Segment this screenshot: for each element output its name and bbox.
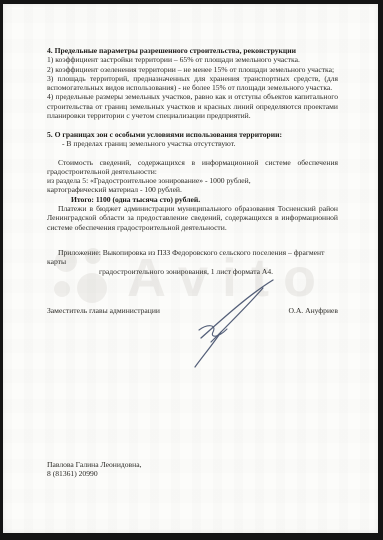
section4-item1: 1) коэффициент застройки территории – 65… bbox=[47, 55, 338, 64]
attachment-line1: Приложение: Выкопировка из ПЗЗ Федоровск… bbox=[47, 248, 338, 267]
section5-item1: - В пределах границ земельного участка о… bbox=[47, 139, 338, 148]
contact-phone: 8 (81361) 20990 bbox=[47, 469, 141, 478]
contact-footer: Павлова Галина Леонидовна, 8 (81361) 209… bbox=[47, 460, 141, 479]
section4-heading: 4. Предельные параметры разрешенного стр… bbox=[47, 46, 338, 55]
handwritten-signature bbox=[191, 274, 283, 368]
section5-heading: 5. О границах зон с особыми условиями ис… bbox=[47, 130, 338, 139]
section4-item3: 3) площадь территорий, предназначенных д… bbox=[47, 74, 338, 93]
cost-intro: Стоимость сведений, содержащихся в инфор… bbox=[47, 158, 338, 177]
signoff-position: Заместитель главы администрации bbox=[47, 306, 160, 315]
section4-item2: 2) коэффициент озеленения территории – н… bbox=[47, 65, 338, 74]
cost-total: Итого: 1100 (одна тысяча сто) рублей. bbox=[47, 195, 338, 204]
payments-paragraph: Платежи в бюджет администрации муниципал… bbox=[47, 204, 338, 232]
cost-line1: из раздела 5: «Градостроительное зониров… bbox=[47, 176, 338, 185]
document-page: Avito 4. Предельные параметры разрешенно… bbox=[3, 4, 378, 533]
signoff-name: О.А. Ануфриев bbox=[288, 306, 338, 315]
scanned-document-photo: { "watermark": { "text": "Avito" }, "doc… bbox=[0, 0, 383, 540]
contact-name: Павлова Галина Леонидовна, bbox=[47, 460, 141, 469]
cost-line2: картографический материал - 100 рублей. bbox=[47, 185, 338, 194]
section4-item4: 4) предельные размеры земельных участков… bbox=[47, 92, 338, 120]
